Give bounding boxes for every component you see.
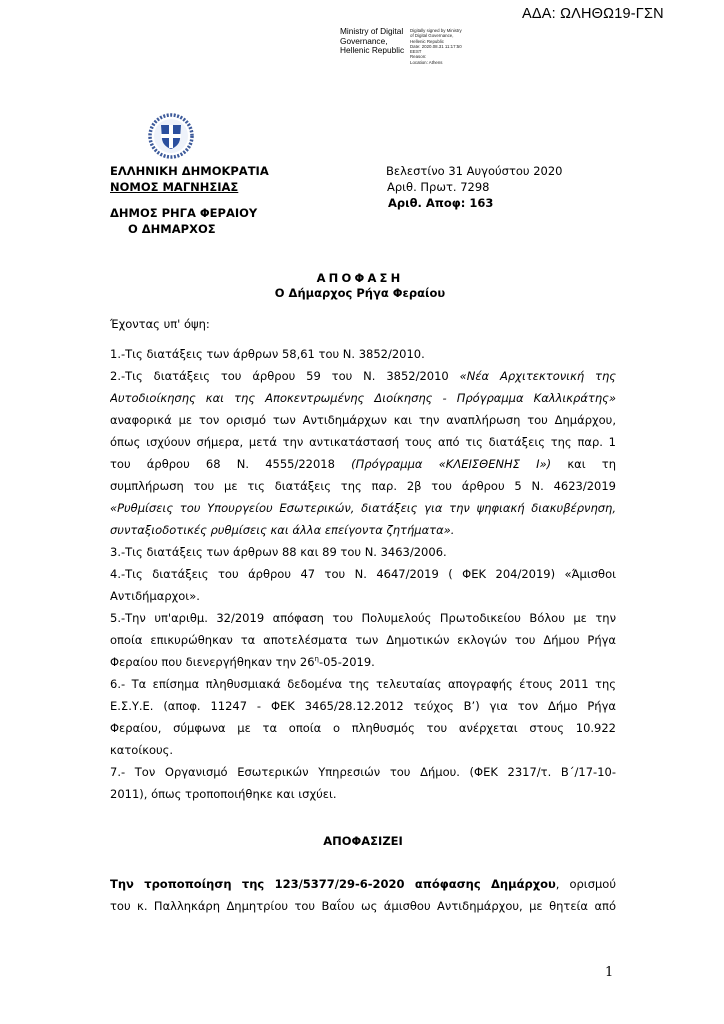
considerations-list: 1.-Τις διατάξεις των άρθρων 58,61 του Ν.… — [110, 343, 616, 805]
item-text: -05-2019. — [319, 655, 375, 669]
list-item: 6.- Τα επίσημα πληθυσμιακά δεδομένα της … — [110, 673, 616, 695]
list-item-line: αναφορικά με τον ορισμό των Αντιδημάρχων… — [110, 409, 616, 431]
ada-code: ΑΔΑ: ΩΛΗΘΩ19-ΓΣΝ — [522, 6, 664, 22]
title-heading: ΑΠΟΦΑΣΗ — [110, 271, 610, 286]
prefecture-name: ΝΟΜΟΣ ΜΑΓΝΗΣΙΑΣ — [110, 179, 269, 195]
municipality-name: ΔΗΜΟΣ ΡΗΓΑ ΦΕΡΑΙΟΥ — [110, 205, 269, 221]
list-item: 5.-Την υπ'αριθμ. 32/2019 απόφαση του Πολ… — [110, 607, 616, 629]
list-item-line: όπως ισχύουν σήμερα, μετά την αντικατάστ… — [110, 431, 616, 453]
decision-line: του κ. Παλληκάρη Δημητρίου του Βαΐου ως … — [110, 895, 616, 917]
list-item: 3.-Τις διατάξεις των άρθρων 88 και 89 το… — [110, 541, 616, 563]
item-text: και τη — [567, 457, 616, 471]
decides-text: ΑΠΟΦΑΣΙΖΕΙ — [110, 830, 616, 852]
document-reference: Βελεστίνο 31 Αυγούστου 2020 Αριθ. Πρωτ. … — [386, 163, 562, 211]
mayor-label: Ο ΔΗΜΑΡΧΟΣ — [110, 221, 269, 237]
digital-signature-details: Digitally signed by Ministry of Digital … — [410, 28, 485, 65]
list-item-line: οποία επικυρώθηκαν τα αποτελέσματα των Δ… — [110, 629, 616, 651]
list-item: 7.- Τον Οργανισμό Εσωτερικών Υπηρεσιών τ… — [110, 761, 616, 783]
list-item-line: Φεραίου που διενεργήθηκαν την 26η-05-201… — [110, 651, 616, 673]
item-text: Φεραίου που διενεργήθηκαν την 26 — [110, 655, 315, 669]
title-subheading: Ο Δήμαρχος Ρήγα Φεραίου — [110, 286, 610, 301]
decision-number: Αριθ. Αποφ: 163 — [386, 195, 562, 211]
list-item: 4.-Τις διατάξεις του άρθρου 47 του Ν. 46… — [110, 563, 616, 585]
country-name: ΕΛΛΗΝΙΚΗ ΔΗΜΟΚΡΑΤΙΑ — [110, 163, 269, 179]
considering-text: Έχοντας υπ' όψη: — [110, 313, 616, 335]
signature-org-line: Hellenic Republic — [340, 46, 404, 56]
signature-detail-line: Location: Athens — [410, 60, 485, 65]
list-item: 1.-Τις διατάξεις των άρθρων 58,61 του Ν.… — [110, 343, 616, 365]
list-item-line: 2011), όπως τροποποιήθηκε και ισχύει. — [110, 783, 616, 805]
decision-bold-text: Την τροποποίηση της 123/5377/29-6-2020 α… — [110, 877, 556, 891]
list-item: 2.-Τις διατάξεις του άρθρου 59 του Ν. 38… — [110, 365, 616, 387]
list-item-line: Ε.Σ.Υ.Ε. (αποφ. 11247 - ΦΕΚ 3465/28.12.2… — [110, 695, 616, 717]
decision-line: Την τροποποίηση της 123/5377/29-6-2020 α… — [110, 873, 616, 895]
greek-coat-of-arms-icon — [148, 113, 194, 159]
list-item-line: «Ρυθμίσεις του Υπουργείου Εσωτερικών, δι… — [110, 497, 616, 519]
decides-heading: ΑΠΟΦΑΣΙΖΕΙ — [110, 830, 616, 852]
item-text: 2.-Τις διατάξεις του άρθρου 59 του Ν. 38… — [110, 369, 449, 383]
decision-text-rest: , ορισμού — [556, 877, 616, 891]
protocol-number: Αριθ. Πρωτ. 7298 — [386, 179, 562, 195]
considering-label: Έχοντας υπ' όψη: — [110, 313, 616, 335]
list-item-line: κατοίκους. — [110, 739, 616, 761]
signature-organization: Ministry of Digital Governance, Hellenic… — [340, 27, 404, 56]
list-item-line: Αυτοδιοίκησης και της Αποκεντρωμένης Διο… — [110, 387, 616, 409]
list-item-line: συμπλήρωση του με τις διατάξεις της παρ.… — [110, 475, 616, 497]
document-title: ΑΠΟΦΑΣΗ Ο Δήμαρχος Ρήγα Φεραίου — [110, 271, 610, 301]
item-italic-text: (Πρόγραμμα «ΚΛΕΙΣΘΕΝΗΣ Ι») — [351, 457, 551, 471]
list-item-line: συνταξιοδοτικές ρυθμίσεις και άλλα επείγ… — [110, 519, 616, 541]
document-date: Βελεστίνο 31 Αυγούστου 2020 — [386, 163, 562, 179]
decision-text: Την τροποποίηση της 123/5377/29-6-2020 α… — [110, 873, 616, 917]
list-item-line: Αντιδήμαρχοι». — [110, 585, 616, 607]
page-number: 1 — [605, 965, 613, 980]
item-italic-text: «Νέα Αρχιτεκτονική της — [460, 369, 616, 383]
item-text: του άρθρου 68 Ν. 4555/22018 — [110, 457, 335, 471]
list-item-line: του άρθρου 68 Ν. 4555/22018 (Πρόγραμμα «… — [110, 453, 616, 475]
list-item-line: Φεραίου, σύμφωνα με τα οποία ο πληθυσμός… — [110, 717, 616, 739]
issuer-header: ΕΛΛΗΝΙΚΗ ΔΗΜΟΚΡΑΤΙΑ ΝΟΜΟΣ ΜΑΓΝΗΣΙΑΣ ΔΗΜΟ… — [110, 163, 269, 237]
